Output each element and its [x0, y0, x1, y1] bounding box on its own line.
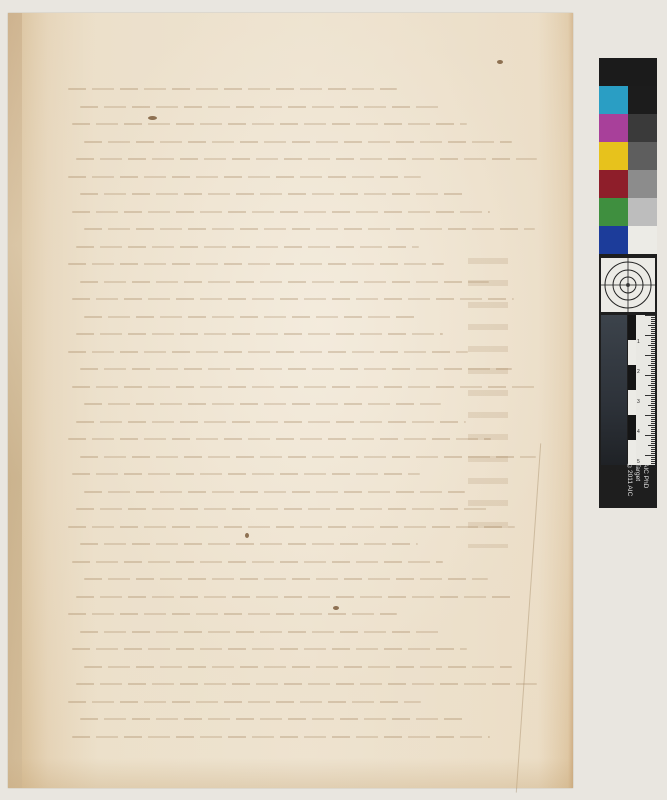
text-line [72, 736, 490, 738]
text-line [84, 491, 465, 493]
checker-block [628, 390, 636, 415]
text-line [80, 281, 489, 283]
ruler-tick [651, 389, 655, 390]
ruler-tick [648, 345, 655, 346]
ruler-tick [651, 337, 655, 338]
ruler-tick [651, 409, 655, 410]
text-line [76, 508, 490, 510]
checker-block [628, 440, 636, 465]
ruler-tick [651, 361, 655, 362]
text-line [84, 666, 512, 668]
checker-block [628, 315, 636, 340]
ruler-tick [651, 367, 655, 368]
ruler-tick [648, 405, 655, 406]
text-line [80, 718, 465, 720]
ruler-tick [651, 397, 655, 398]
ruler-tick [651, 453, 655, 454]
text-line [68, 176, 421, 178]
ruler-tick [651, 393, 655, 394]
ruler-tick [651, 381, 655, 382]
target-label-copyright: ©2011 AIC [625, 463, 633, 508]
ruler-tick [651, 419, 655, 420]
margin-notes [468, 258, 508, 548]
ruler-tick [651, 383, 655, 384]
ink-spot [333, 606, 339, 610]
gray-swatch [628, 114, 657, 142]
ruler-tick [651, 439, 655, 440]
ruler-tick [651, 373, 655, 374]
ruler-tick [648, 425, 655, 426]
text-line [76, 683, 537, 685]
ruler-tick [651, 363, 655, 364]
ruler-tick [651, 371, 655, 372]
ruler-tick [651, 399, 655, 400]
ruler-tick [651, 317, 655, 318]
gray-swatch [628, 198, 657, 226]
ruler-tick [651, 331, 655, 332]
ruler-tick [651, 433, 655, 434]
text-line [68, 263, 444, 265]
text-line [68, 613, 397, 615]
ruler-tick [648, 365, 655, 366]
target-black-header [599, 58, 657, 86]
target-label-title: AIC PhD Target [633, 463, 649, 508]
text-line [72, 298, 514, 300]
text-line [72, 123, 467, 125]
ruler-label: 4 [637, 429, 640, 435]
ruler-label: 3 [637, 399, 640, 405]
text-line [68, 701, 421, 703]
text-line [84, 316, 418, 318]
checker-scale [628, 315, 636, 465]
ruler-tick [651, 391, 655, 392]
text-line [84, 141, 512, 143]
ruler-tick [645, 335, 655, 336]
text-line [72, 473, 420, 475]
color-swatch [599, 114, 628, 142]
ruler-tick [645, 355, 655, 356]
ruler-tick [651, 429, 655, 430]
text-line [84, 403, 441, 405]
ruler-tick [651, 463, 655, 464]
ruler-tick [645, 395, 655, 396]
text-line [76, 246, 419, 248]
ruler-tick [651, 329, 655, 330]
ruler-tick [651, 451, 655, 452]
ruler-tick [651, 341, 655, 342]
text-line [80, 543, 418, 545]
text-line [72, 561, 443, 563]
text-line [84, 228, 535, 230]
ruler-label: 1 [637, 339, 640, 345]
ruler-tick [651, 423, 655, 424]
ruler-tick [651, 447, 655, 448]
color-swatch [599, 198, 628, 226]
text-line [68, 88, 397, 90]
color-swatch [599, 142, 628, 170]
ruler-tick [651, 351, 655, 352]
manuscript-page [8, 13, 573, 788]
gray-swatch [628, 86, 657, 114]
ruler-tick [651, 407, 655, 408]
ruler-tick [651, 441, 655, 442]
ruler-tick [651, 443, 655, 444]
ruler-tick [651, 427, 655, 428]
ruler-tick [651, 457, 655, 458]
checker-block [628, 340, 636, 365]
gray-swatch [628, 142, 657, 170]
text-line [80, 193, 465, 195]
ruler-tick [645, 315, 655, 316]
color-swatch [599, 86, 628, 114]
ruler-label: 2 [637, 369, 640, 375]
ruler-tick [651, 431, 655, 432]
ruler-tick [648, 385, 655, 386]
ruler-tick [651, 459, 655, 460]
ruler-tick [651, 323, 655, 324]
checker-block [628, 365, 636, 390]
text-line [80, 106, 442, 108]
text-line [84, 578, 488, 580]
ruler-tick [651, 413, 655, 414]
text-line [68, 526, 515, 528]
ink-spot [148, 116, 157, 120]
text-line [80, 631, 442, 633]
ruler-tick [645, 375, 655, 376]
color-swatch [599, 226, 628, 254]
ruler-tick [651, 379, 655, 380]
gray-density-strip [601, 315, 627, 465]
text-line [80, 368, 512, 370]
ruler-tick [651, 343, 655, 344]
text-line [76, 333, 443, 335]
ruler-tick [651, 353, 655, 354]
gray-swatch [628, 170, 657, 198]
text-line [76, 421, 466, 423]
ruler-tick [651, 449, 655, 450]
ruler-tick [648, 445, 655, 446]
ruler-tick [648, 325, 655, 326]
ink-spot [245, 533, 249, 538]
target-label: AIC PhD Target ©2011 AIC [609, 463, 649, 508]
ruler-tick [651, 357, 655, 358]
ruler-tick [651, 321, 655, 322]
checker-block [628, 415, 636, 440]
ruler-tick [651, 401, 655, 402]
ruler-tick [651, 417, 655, 418]
bullseye-icon [601, 258, 655, 312]
ruler-tick [651, 387, 655, 388]
ruler-tick [651, 347, 655, 348]
text-line [76, 596, 513, 598]
gray-swatch [628, 226, 657, 254]
ruler-tick [651, 437, 655, 438]
ruler-tick [651, 411, 655, 412]
text-line [72, 648, 467, 650]
ruler-tick [651, 359, 655, 360]
ruler-tick [651, 369, 655, 370]
ruler-tick [651, 349, 655, 350]
ink-spot [497, 60, 503, 64]
ruler-tick [651, 339, 655, 340]
ruler-tick [651, 461, 655, 462]
ruler-tick [645, 415, 655, 416]
ruler-tick [651, 327, 655, 328]
text-line [76, 158, 537, 160]
text-line [68, 351, 468, 353]
text-line [68, 438, 491, 440]
ruler-tick [651, 403, 655, 404]
ruler-tick [645, 455, 655, 456]
ruler-tick [645, 435, 655, 436]
ruler-tick [651, 377, 655, 378]
ruler-tick [651, 319, 655, 320]
ruler-tick [651, 421, 655, 422]
text-line [72, 211, 490, 213]
ruler-scale: 12345 [636, 315, 655, 465]
color-calibration-target: 12345 AIC PhD Target ©2011 AIC [599, 58, 657, 508]
ruler-tick [651, 333, 655, 334]
color-swatch [599, 170, 628, 198]
